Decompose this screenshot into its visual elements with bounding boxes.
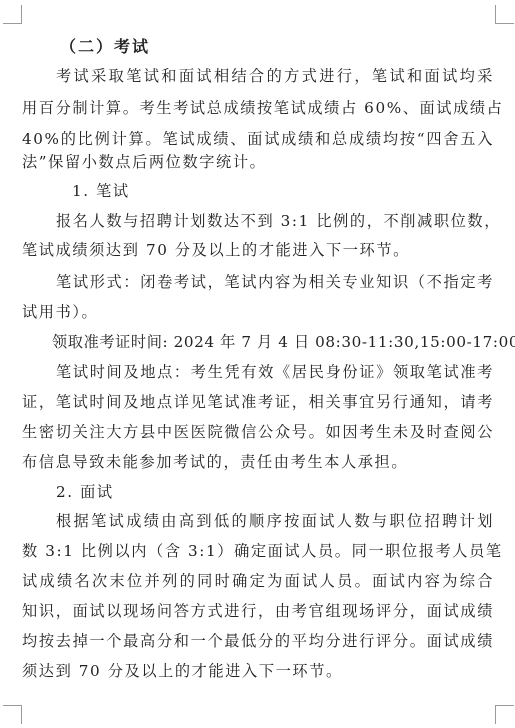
paragraph-line: 试成绩名次末位并列的同时确定为面试人员。面试内容为综合	[22, 571, 494, 591]
paragraph-line: 数 3:1 比例以内（含 3:1）确定面试人员。同一职位报考人员笔	[22, 541, 494, 561]
admission-ticket-time: 领取准考证时间: 2024 年 7 月 4 日 08:30-11:30,15:0…	[52, 332, 494, 352]
paragraph-line: 试用书）。	[22, 302, 494, 322]
paragraph-line: 证，笔试时间及地点详见笔试准考证，相关事宜另行通知，请考	[22, 392, 494, 412]
crop-mark-top-left	[3, 5, 22, 24]
paragraph-line: 笔试成绩须达到 70 分及以上的才能进入下一环节。	[22, 240, 494, 260]
paragraph-line: 均按去掉一个最高分和一个最低分的平均分进行评分。面试成绩	[22, 631, 494, 651]
paragraph-line: 须达到 70 分及以上的才能进入下一环节。	[22, 661, 494, 681]
crop-mark-bottom-left	[3, 705, 22, 724]
paragraph-line: 布信息导致未能参加考试的，责任由考生本人承担。	[22, 452, 494, 472]
paragraph-line: 法”保留小数点后两位数字统计。	[22, 152, 494, 172]
paragraph-line: 生密切关注大方县中医医院微信公众号。如因考生未及时查阅公	[22, 422, 494, 442]
paragraph-line: 笔试时间及地点：考生凭有效《居民身份证》领取笔试准考	[56, 362, 494, 382]
paragraph-line: 笔试形式：闭卷考试，笔试内容为相关专业知识（不指定考	[56, 272, 494, 292]
section-heading: （二）考试	[60, 34, 150, 57]
paragraph-line: 知识，面试以现场问答方式进行，由考官组现场评分，面试成绩	[22, 601, 494, 621]
paragraph-line: 用百分制计算。考生考试总成绩按笔试成绩占 60%、面试成绩占	[22, 98, 494, 118]
crop-mark-bottom-right	[495, 705, 514, 724]
paragraph-line: 考试采取笔试和面试相结合的方式进行，笔试和面试均采	[56, 66, 494, 86]
crop-mark-top-right	[495, 5, 514, 24]
written-exam-heading: 1. 笔试	[72, 180, 130, 201]
paragraph-line: 根据笔试成绩由高到低的顺序按面试人数与职位招聘计划	[56, 511, 494, 531]
interview-heading: 2. 面试	[56, 481, 114, 502]
paragraph-line: 40%的比例计算。笔试成绩、面试成绩和总成绩均按“四舍五入	[22, 129, 494, 149]
paragraph-line: 报名人数与招聘计划数达不到 3:1 比例的，不削减职位数，	[56, 211, 494, 231]
